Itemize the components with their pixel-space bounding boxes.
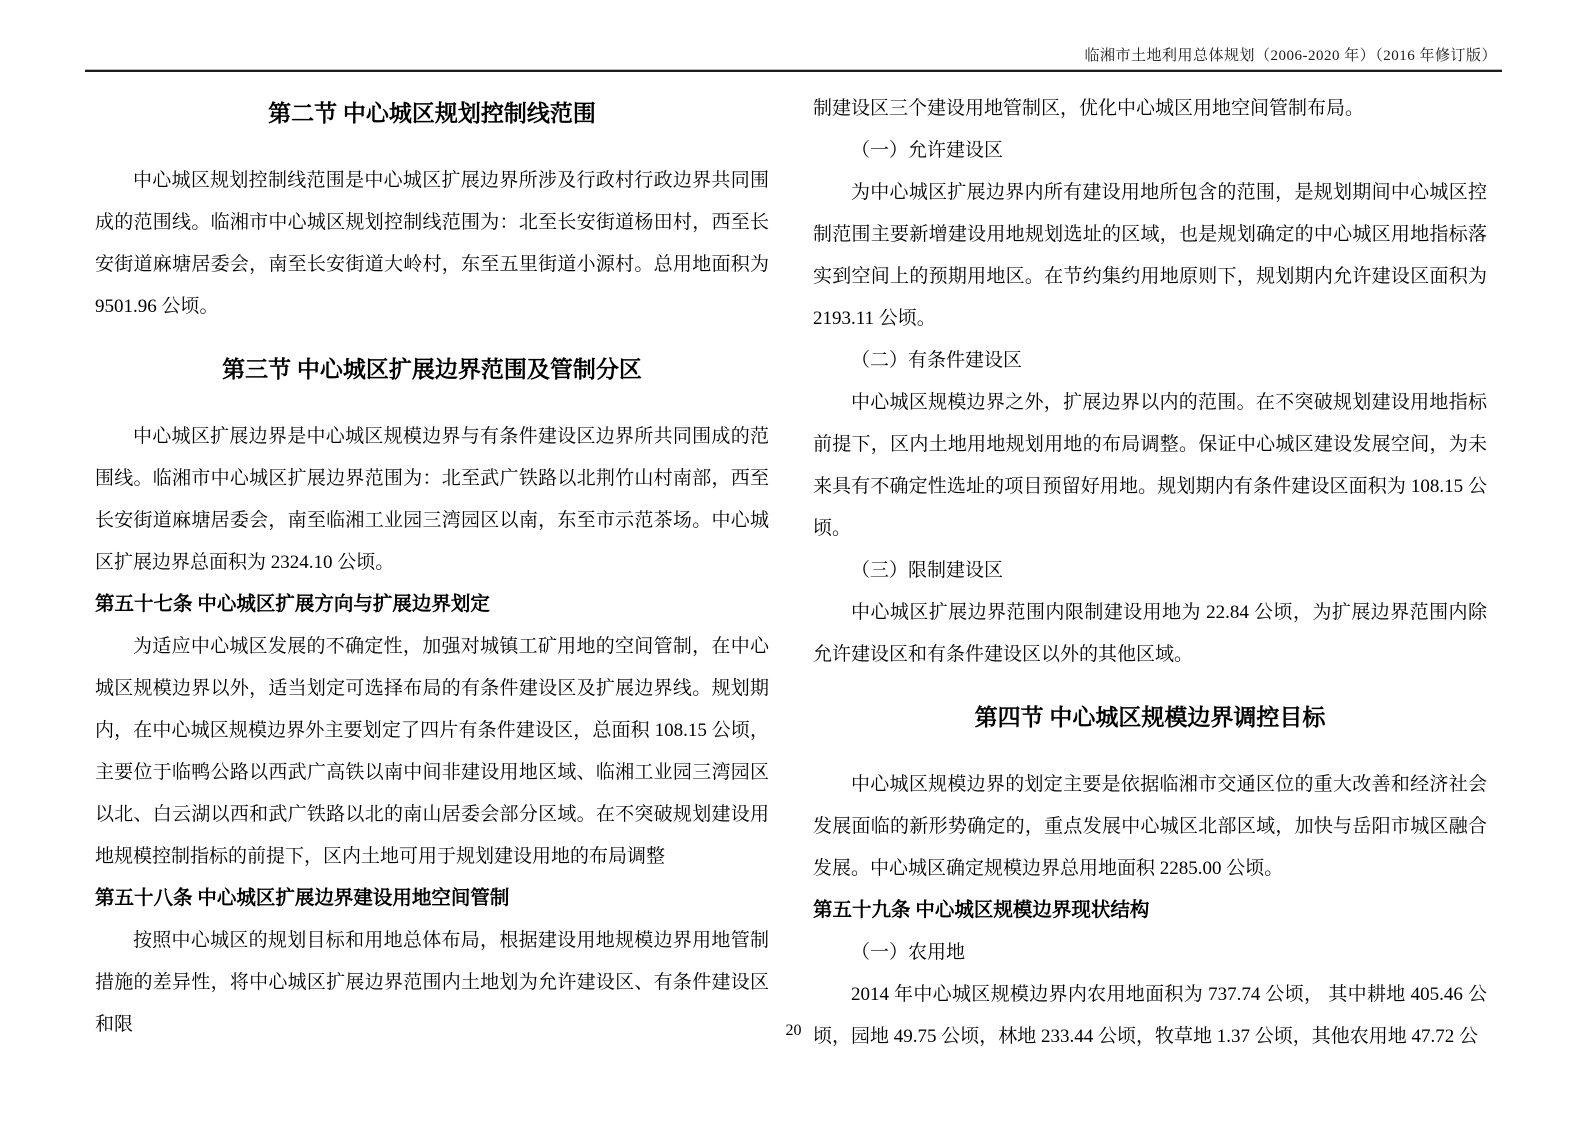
page-number: 20 bbox=[0, 1022, 1587, 1040]
section-4-heading: 第四节 中心城区规模边界调控目标 bbox=[813, 702, 1487, 734]
body-paragraph: 2014 年中心城区规模边界内农用地面积为 737.74 公顷， 其中耕地 40… bbox=[813, 974, 1487, 1058]
sub-item-3-heading: （三）限制建设区 bbox=[813, 550, 1487, 592]
body-paragraph: 中心城区规模边界的划定主要是依据临湘市交通区位的重大改善和经济社会发展面临的新形… bbox=[813, 764, 1487, 890]
article-57-heading: 第五十七条 中心城区扩展方向与扩展边界划定 bbox=[95, 584, 769, 626]
body-paragraph: 中心城区规模边界之外，扩展边界以内的范围。在不突破规划建设用地指标前提下，区内土… bbox=[813, 382, 1487, 550]
continued-paragraph: 制建设区三个建设用地管制区，优化中心城区用地空间管制布局。 bbox=[813, 88, 1487, 130]
article-59-heading: 第五十九条 中心城区规模边界现状结构 bbox=[813, 890, 1487, 932]
header-rule-dark bbox=[85, 70, 1502, 72]
sub-item-2-heading: （二）有条件建设区 bbox=[813, 340, 1487, 382]
left-column: 第二节 中心城区规划控制线范围 中心城区规划控制线范围是中心城区扩展边界所涉及行… bbox=[95, 88, 769, 1058]
document-page: 临湘市土地利用总体规划（2006-2020 年）（2016 年修订版） 第二节 … bbox=[0, 0, 1587, 1122]
two-column-layout: 第二节 中心城区规划控制线范围 中心城区规划控制线范围是中心城区扩展边界所涉及行… bbox=[95, 88, 1487, 1058]
document-header-title: 临湘市土地利用总体规划（2006-2020 年）（2016 年修订版） bbox=[1085, 44, 1498, 65]
body-paragraph: 中心城区扩展边界是中心城区规模边界与有条件建设区边界所共同围成的范围线。临湘市中… bbox=[95, 416, 769, 584]
body-paragraph: 中心城区扩展边界范围内限制建设用地为 22.84 公顷，为扩展边界范围内除允许建… bbox=[813, 592, 1487, 676]
right-column: 制建设区三个建设用地管制区，优化中心城区用地空间管制布局。 （一）允许建设区 为… bbox=[813, 88, 1487, 1058]
article-58-heading: 第五十八条 中心城区扩展边界建设用地空间管制 bbox=[95, 878, 769, 920]
body-paragraph: 中心城区规划控制线范围是中心城区扩展边界所涉及行政村行政边界共同围成的范围线。临… bbox=[95, 160, 769, 328]
sub-item-1-heading: （一）允许建设区 bbox=[813, 130, 1487, 172]
section-3-heading: 第三节 中心城区扩展边界范围及管制分区 bbox=[95, 354, 769, 386]
section-2-heading: 第二节 中心城区规划控制线范围 bbox=[95, 98, 769, 130]
body-paragraph: 为适应中心城区发展的不确定性，加强对城镇工矿用地的空间管制，在中心城区规模边界以… bbox=[95, 626, 769, 878]
body-paragraph: 为中心城区扩展边界内所有建设用地所包含的范围，是规划期间中心城区控制范围主要新增… bbox=[813, 172, 1487, 340]
sub-item-agri-heading: （一）农用地 bbox=[813, 932, 1487, 974]
header-rule bbox=[85, 69, 1502, 72]
